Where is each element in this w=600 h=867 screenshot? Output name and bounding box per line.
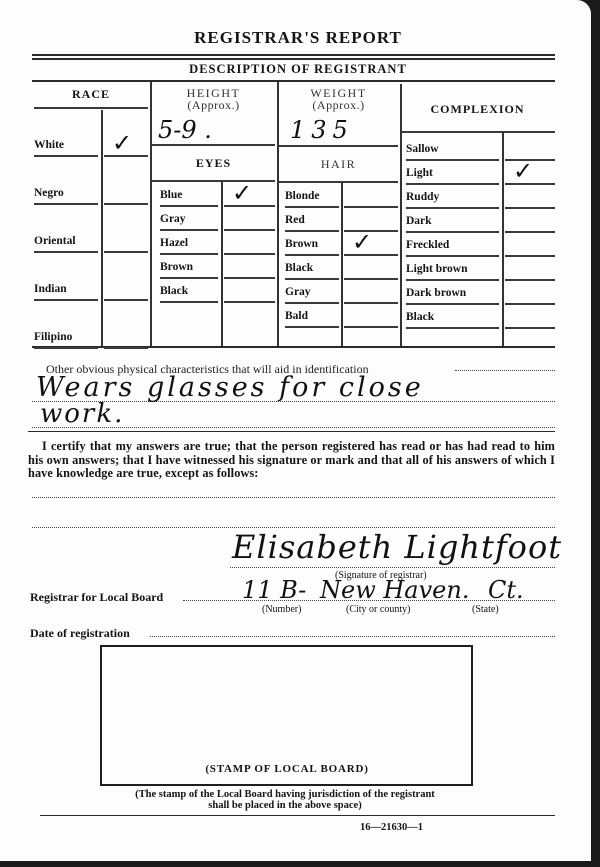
race-check-rule	[104, 203, 148, 205]
stamp-note-line-1: (The stamp of the Local Board having jur…	[80, 789, 490, 800]
footer-rule	[40, 815, 555, 816]
city-caption: (City or county)	[346, 604, 410, 615]
eyes-option-label: Gray	[160, 213, 186, 225]
complexion-check-divider	[502, 133, 504, 347]
complexion-option-label: Freckled	[406, 239, 449, 251]
stamp-note-line-2: shall be placed in the above space)	[80, 800, 490, 811]
race-check-rule	[104, 251, 148, 253]
hair-option-rule	[285, 278, 339, 280]
hair-option-rule	[285, 254, 339, 256]
hair-option-label: Gray	[285, 286, 311, 298]
complexion-option-label: Dark	[406, 215, 432, 227]
complexion-option-rule	[406, 255, 499, 257]
hair-header-rule	[279, 181, 398, 183]
complexion-option-label: Black	[406, 311, 434, 323]
hair-option-label: Red	[285, 214, 305, 226]
race-check-rule	[104, 347, 148, 349]
race-check-divider	[101, 110, 103, 347]
hair-option-rule	[285, 326, 339, 328]
hair-header: HAIR	[277, 158, 400, 170]
complexion-option-rule	[406, 303, 499, 305]
eyes-header: EYES	[150, 156, 277, 171]
complexion-option-rule	[406, 159, 499, 161]
date-label: Date of registration	[30, 626, 130, 641]
race-option-rule	[34, 347, 98, 349]
registrar-label: Registrar for Local Board	[30, 590, 163, 605]
date-line[interactable]	[150, 636, 555, 637]
col-divider-height	[277, 82, 279, 347]
eyes-check-rule	[224, 229, 275, 231]
stamp-note: (The stamp of the Local Board having jur…	[80, 789, 490, 811]
signature-line	[230, 567, 555, 568]
complexion-option-rule	[406, 183, 499, 185]
complexion-check-rule	[505, 327, 555, 329]
characteristics-rule	[28, 431, 555, 432]
eyes-option-label: Black	[160, 285, 188, 297]
state-caption: (State)	[472, 604, 499, 615]
section-subtitle: DESCRIPTION OF REGISTRANT	[0, 62, 596, 77]
complexion-header: COMPLEXION	[400, 102, 555, 117]
complexion-check-rule	[505, 303, 555, 305]
height-value[interactable]: 5-9 .	[158, 116, 212, 144]
hair-check-rule	[344, 302, 398, 304]
hair-check-divider	[341, 182, 343, 347]
eyes-check-rule	[224, 301, 275, 303]
complexion-option-label: Light	[406, 167, 433, 179]
eyes-check-mark-icon[interactable]: ✓	[232, 179, 252, 207]
complexion-check-rule	[505, 207, 555, 209]
eyes-option-rule	[160, 229, 218, 231]
board-city[interactable]: New Haven.	[320, 576, 469, 604]
hair-check-rule	[344, 278, 398, 280]
form-number: 16—21630—1	[360, 822, 423, 833]
race-option-label: Oriental	[34, 235, 76, 247]
race-header: RACE	[32, 87, 150, 102]
complexion-check-rule	[505, 255, 555, 257]
race-option-label: Filipino	[34, 331, 72, 343]
hair-option-rule	[285, 302, 339, 304]
race-check-mark-icon[interactable]: ✓	[112, 129, 132, 157]
hair-check-rule	[344, 326, 398, 328]
page-title: REGISTRAR'S REPORT	[0, 28, 596, 48]
eyes-option-rule	[160, 277, 218, 279]
hair-option-label: Black	[285, 262, 313, 274]
complexion-check-rule	[505, 279, 555, 281]
height-rule	[152, 144, 275, 146]
race-check-rule	[104, 299, 148, 301]
board-state[interactable]: Ct.	[488, 576, 524, 604]
complexion-option-label: Dark brown	[406, 287, 466, 299]
title-rule-top	[32, 54, 555, 56]
board-number[interactable]: 11 B-	[242, 576, 306, 604]
stamp-label: (STAMP OF LOCAL BOARD)	[100, 763, 474, 775]
complexion-check-mark-icon[interactable]: ✓	[513, 157, 533, 185]
col-divider-race	[150, 82, 152, 347]
complexion-option-label: Light brown	[406, 263, 467, 275]
race-option-label: Negro	[34, 187, 64, 199]
hair-option-label: Bald	[285, 310, 308, 322]
hair-option-label: Blonde	[285, 190, 320, 202]
title-rule-bottom	[32, 58, 555, 60]
registrar-report-card: REGISTRAR'S REPORT DESCRIPTION OF REGIST…	[0, 0, 591, 861]
race-header-rule	[34, 107, 148, 109]
complexion-check-rule	[505, 231, 555, 233]
eyes-option-label: Blue	[160, 189, 182, 201]
race-option-rule	[34, 251, 98, 253]
race-option-rule	[34, 203, 98, 205]
hair-option-rule	[285, 206, 339, 208]
eyes-check-divider	[221, 182, 223, 347]
weight-approx: (Approx.)	[277, 99, 400, 111]
complexion-option-label: Sallow	[406, 143, 439, 155]
characteristics-value-line-2[interactable]: work.	[40, 399, 124, 429]
certification-text: I certify that my answers are true; that…	[28, 440, 555, 481]
eyes-header-rule	[152, 180, 275, 182]
eyes-option-label: Brown	[160, 261, 193, 273]
eyes-option-rule	[160, 205, 218, 207]
hair-option-rule	[285, 230, 339, 232]
height-approx: (Approx.)	[150, 99, 277, 111]
complexion-option-label: Ruddy	[406, 191, 439, 203]
weight-value[interactable]: 135	[290, 116, 354, 144]
eyes-option-label: Hazel	[160, 237, 188, 249]
race-option-label: White	[34, 139, 64, 151]
hair-check-mark-icon[interactable]: ✓	[352, 228, 372, 256]
weight-rule	[279, 145, 398, 147]
eyes-option-rule	[160, 301, 218, 303]
registrar-signature[interactable]: Elisabeth Lightfoot	[232, 528, 562, 566]
complexion-option-rule	[406, 279, 499, 281]
complexion-option-rule	[406, 231, 499, 233]
complexion-option-rule	[406, 327, 499, 329]
race-option-rule	[34, 155, 98, 157]
col-divider-weight	[400, 84, 402, 347]
complexion-option-rule	[406, 207, 499, 209]
number-caption: (Number)	[262, 604, 301, 615]
race-option-label: Indian	[34, 283, 67, 295]
eyes-check-rule	[224, 277, 275, 279]
subtitle-rule	[32, 80, 555, 82]
characteristics-leader	[455, 370, 555, 371]
exception-line-1[interactable]	[32, 497, 555, 498]
eyes-check-rule	[224, 253, 275, 255]
eyes-option-rule	[160, 253, 218, 255]
complexion-header-rule	[402, 131, 555, 133]
race-option-rule	[34, 299, 98, 301]
hair-check-rule	[344, 206, 398, 208]
hair-option-label: Brown	[285, 238, 318, 250]
